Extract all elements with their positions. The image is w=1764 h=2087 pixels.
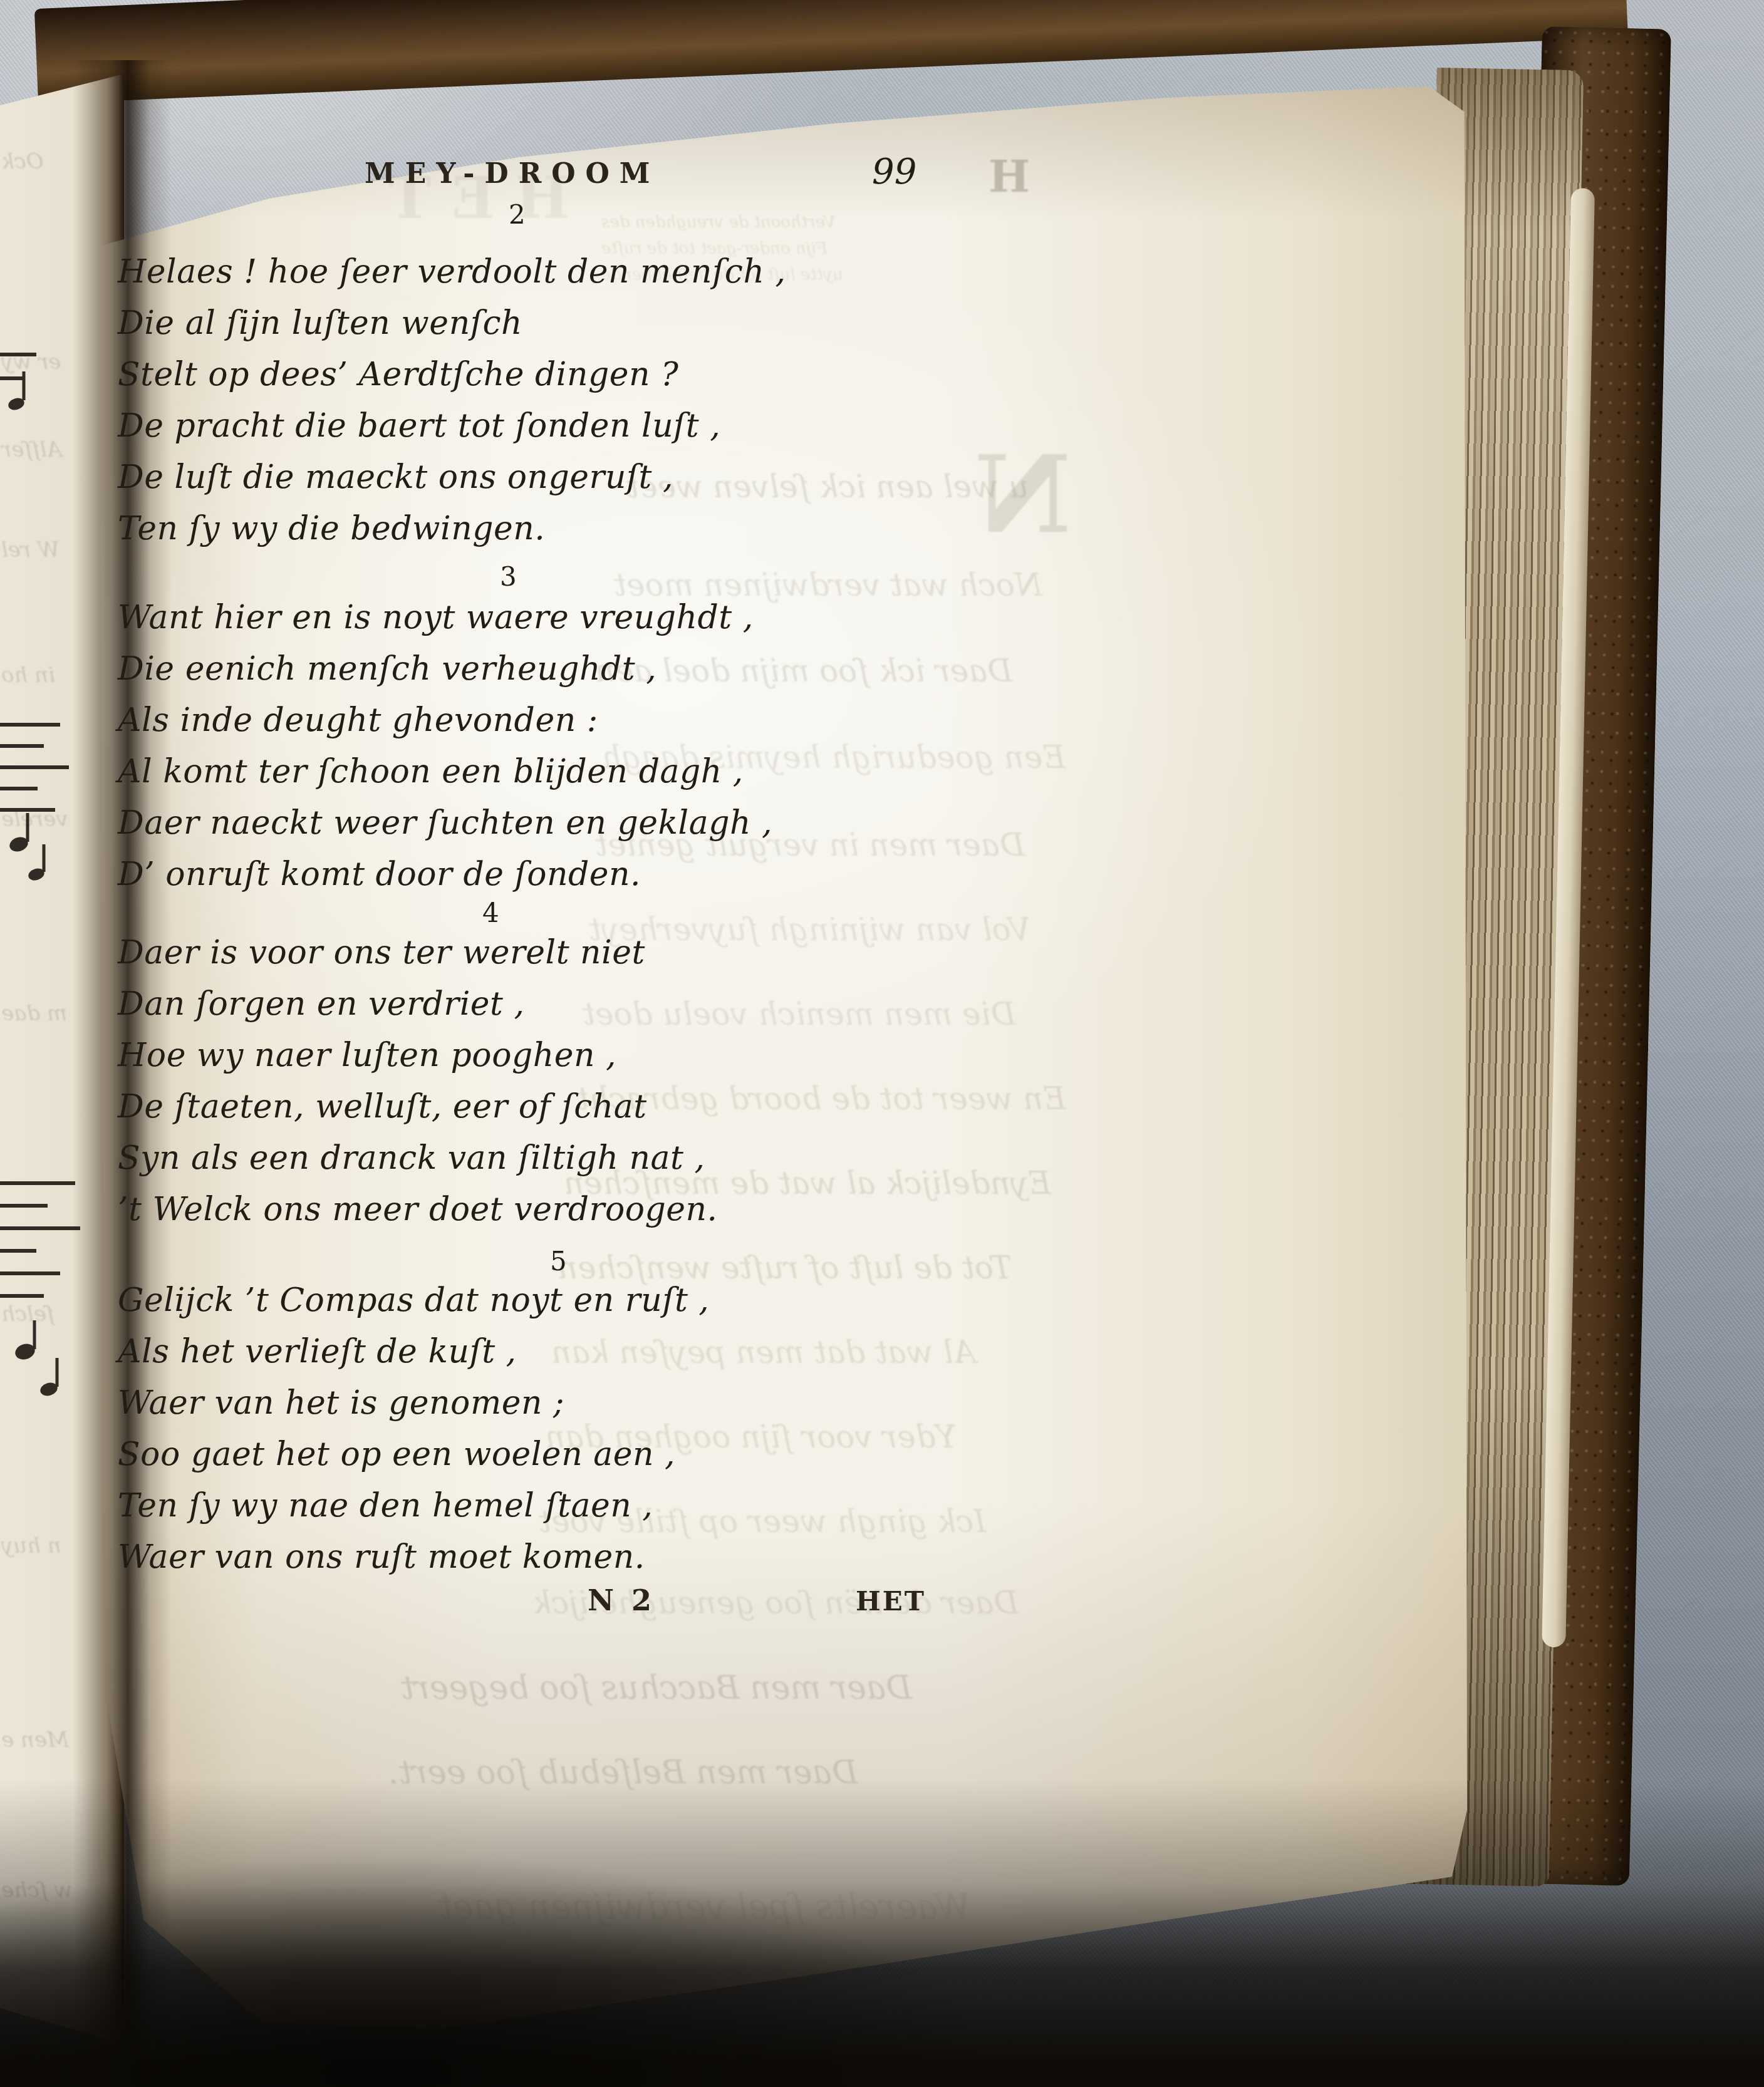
facing-page-text-fragment: n huy: [1, 1533, 61, 1558]
facing-page-text-fragment: Ock: [1, 149, 44, 174]
book-page: [91, 80, 1467, 2054]
facing-page-text-fragment: w ſche: [1, 1878, 73, 1903]
facing-page-text-fragment: W rel: [1, 537, 60, 562]
music-notation-fragment: [0, 1176, 94, 1464]
facing-page-text-fragment: m dae: [1, 1001, 67, 1026]
facing-page-text-fragment: in ho: [1, 663, 55, 688]
music-notation-fragment: [0, 719, 94, 926]
photo-open-antique-book: Ocker wyAlſſerW relin hoverelem daeſelch…: [0, 0, 1764, 2087]
facing-page-text-fragment: Men e: [1, 1727, 69, 1753]
music-notation-fragment: [0, 346, 94, 447]
